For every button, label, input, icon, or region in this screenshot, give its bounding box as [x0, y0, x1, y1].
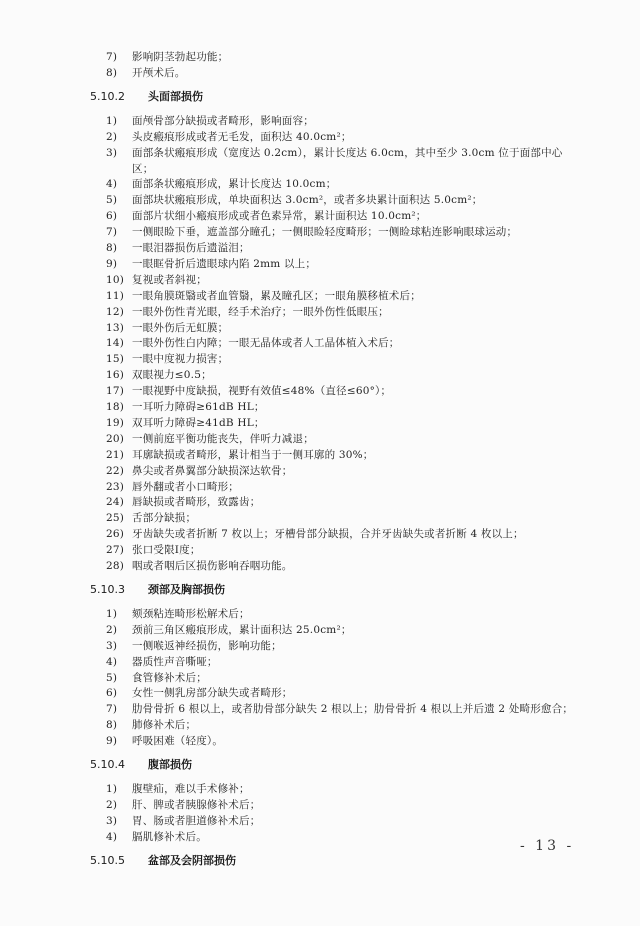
list-item: 28)咽或者咽后区损伤影响吞咽功能。 — [106, 559, 293, 573]
section-heading: 5.10.3颈部及胸部损伤 — [90, 583, 225, 597]
list-item-number: 28) — [106, 559, 132, 573]
list-item: 9)呼吸困难（轻度）。 — [106, 734, 223, 748]
list-item-text: 颈前三角区瘢痕形成，累计面积达 25.0cm²； — [132, 624, 352, 636]
list-item-text: 耳廓缺损或者畸形，累计相当于一侧耳廓的 30%； — [132, 449, 373, 461]
list-item-number: 4) — [106, 655, 132, 669]
list-item-text: 一眼外伤性白内障；一眼无晶体或者人工晶体植入术后； — [132, 337, 400, 349]
list-item-number: 20) — [106, 432, 132, 446]
section-heading: 5.10.4腹部损伤 — [90, 758, 192, 772]
list-item-text: 一眼泪器损伤后遗溢泪； — [132, 242, 250, 254]
list-item-text: 一侧前庭平衡功能丧失，伴听力减退； — [132, 433, 314, 445]
list-item-number: 9) — [106, 257, 132, 271]
list-item: 7)肋骨骨折 6 根以上，或者肋骨部分缺失 2 根以上；肋骨骨折 4 根以上并后… — [106, 702, 573, 716]
list-item-number: 3) — [106, 639, 132, 653]
list-item-number: 3) — [106, 814, 132, 828]
list-item-number: 6) — [106, 209, 132, 223]
list-item-text: 面部块状瘢痕形成，单块面积达 3.0cm²，或者多块累计面积达 5.0cm²； — [132, 194, 482, 206]
section-number: 5.10.5 — [90, 854, 148, 868]
page-number: - 13 - — [520, 838, 574, 854]
list-item: 1)面颅骨部分缺损或者畸形，影响面容； — [106, 114, 314, 128]
list-item: 26)牙齿缺失或者折断 7 枚以上；牙槽骨部分缺损，合并牙齿缺失或者折断 4 枚… — [106, 527, 524, 541]
list-item: 2)肝、脾或者胰腺修补术后； — [106, 798, 260, 812]
list-item-number: 3) — [106, 146, 132, 160]
list-item: 2)头皮瘢痕形成或者无毛发，面积达 40.0cm²； — [106, 130, 352, 144]
list-item-number: 8) — [106, 66, 132, 80]
list-item: 7)影响阴茎勃起功能； — [106, 50, 228, 64]
list-item-text: 女性一侧乳房部分缺失或者畸形； — [132, 687, 293, 699]
list-item-text: 牙齿缺失或者折断 7 枚以上；牙槽骨部分缺损，合并牙齿缺失或者折断 4 枚以上； — [132, 528, 524, 540]
list-item-number: 4) — [106, 830, 132, 844]
list-item-text: 一眼眶骨折后遗眼球内陷 2mm 以上； — [132, 258, 316, 270]
list-item-text: 膈肌修补术后。 — [132, 831, 207, 843]
list-item-number: 19) — [106, 416, 132, 430]
list-item: 18)一耳听力障碍≥61dB HL； — [106, 400, 265, 414]
section-number: 5.10.4 — [90, 758, 148, 772]
list-item: 8)一眼泪器损伤后遗溢泪； — [106, 241, 250, 255]
list-item: 6)面部片状细小瘢痕形成或者色素异常，累计面积达 10.0cm²； — [106, 209, 426, 223]
list-item-number: 11) — [106, 289, 132, 303]
list-item-number: 14) — [106, 336, 132, 350]
list-item-text: 面颅骨部分缺损或者畸形，影响面容； — [132, 115, 314, 127]
list-item-number: 5) — [106, 193, 132, 207]
list-item-text: 双眼视力≤0.5； — [132, 369, 212, 381]
list-item: 23)唇外翻或者小口畸形； — [106, 480, 239, 494]
list-item-text: 肋骨骨折 6 根以上，或者肋骨部分缺失 2 根以上；肋骨骨折 4 根以上并后遗 … — [132, 703, 573, 715]
list-item: 20)一侧前庭平衡功能丧失，伴听力减退； — [106, 432, 314, 446]
list-item-text: 面部片状细小瘢痕形成或者色素异常，累计面积达 10.0cm²； — [132, 210, 426, 222]
list-item-number: 9) — [106, 734, 132, 748]
list-item-number: 12) — [106, 305, 132, 319]
list-item: 1)腹壁疝，难以手术修补； — [106, 782, 250, 796]
list-item-text: 双耳听力障碍≥41dB HL； — [132, 417, 265, 429]
list-item-number: 2) — [106, 798, 132, 812]
list-item: 10)复视或者斜视； — [106, 273, 207, 287]
section-heading: 5.10.2头面部损伤 — [90, 90, 203, 104]
list-item: 16)双眼视力≤0.5； — [106, 368, 212, 382]
list-item: 14)一眼外伤性白内障；一眼无晶体或者人工晶体植入术后； — [106, 336, 400, 350]
list-item: 1)颏颈粘连畸形松解术后； — [106, 607, 250, 621]
list-item-number: 7) — [106, 702, 132, 716]
list-item-number: 17) — [106, 384, 132, 398]
list-item: 24)唇缺损或者畸形，致露齿； — [106, 495, 260, 509]
list-item: 2)颈前三角区瘢痕形成，累计面积达 25.0cm²； — [106, 623, 352, 637]
list-item: 4)器质性声音嘶哑； — [106, 655, 218, 669]
list-item-number: 15) — [106, 352, 132, 366]
list-item: 12)一眼外伤性青光眼，经手术治疗；一眼外伤性低眼压； — [106, 305, 389, 319]
section-heading: 5.10.5盆部及会阴部损伤 — [90, 854, 236, 868]
list-item-text: 肝、脾或者胰腺修补术后； — [132, 799, 260, 811]
list-item-text: 复视或者斜视； — [132, 274, 207, 286]
list-item-number: 7) — [106, 225, 132, 239]
list-item-number: 4) — [106, 177, 132, 191]
list-item-text: 面部条状瘢痕形成，累计长度达 10.0cm； — [132, 178, 336, 190]
list-item-number: 2) — [106, 130, 132, 144]
list-item: 13)一眼外伤后无虹膜； — [106, 321, 228, 335]
list-item-text: 鼻尖或者鼻翼部分缺损深达软骨； — [132, 465, 293, 477]
list-item-text: 一侧喉返神经损伤，影响功能； — [132, 640, 282, 652]
list-item-text: 一耳听力障碍≥61dB HL； — [132, 401, 265, 413]
list-item-number: 5) — [106, 671, 132, 685]
list-item-number: 2) — [106, 623, 132, 637]
list-item-number: 21) — [106, 448, 132, 462]
list-item-text: 胃、肠或者胆道修补术后； — [132, 815, 260, 827]
list-item-number: 25) — [106, 511, 132, 525]
list-item-number: 23) — [106, 480, 132, 494]
list-item-text: 影响阴茎勃起功能； — [132, 51, 228, 63]
list-item-text: 肺修补术后； — [132, 719, 196, 731]
list-item-number: 22) — [106, 464, 132, 478]
list-item-text: 开颅术后。 — [132, 67, 186, 79]
list-item-text: 咽或者咽后区损伤影响吞咽功能。 — [132, 560, 293, 572]
list-item-text: 一侧眼睑下垂，遮盖部分瞳孔；一侧眼睑轻度畸形；一侧睑球粘连影响眼球运动； — [132, 226, 517, 238]
list-item-text: 一眼视野中度缺损，视野有效值≤48%（直径≤60°）； — [132, 385, 391, 397]
list-item: 21)耳廓缺损或者畸形，累计相当于一侧耳廓的 30%； — [106, 448, 373, 462]
section-title: 盆部及会阴部损伤 — [148, 854, 236, 867]
list-item: 4)膈肌修补术后。 — [106, 830, 207, 844]
list-item: 17)一眼视野中度缺损，视野有效值≤48%（直径≤60°）； — [106, 384, 391, 398]
section-number: 5.10.2 — [90, 90, 148, 104]
list-item-number: 13) — [106, 321, 132, 335]
list-item-number: 18) — [106, 400, 132, 414]
list-item-number: 27) — [106, 543, 132, 557]
list-item-number: 1) — [106, 782, 132, 796]
list-item: 11)一眼角膜斑翳或者血管翳，累及瞳孔区；一眼角膜移植术后； — [106, 289, 421, 303]
list-item-number: 26) — [106, 527, 132, 541]
list-item: 19)双耳听力障碍≥41dB HL； — [106, 416, 265, 430]
list-item: 4)面部条状瘢痕形成，累计长度达 10.0cm； — [106, 177, 336, 191]
list-item-number: 16) — [106, 368, 132, 382]
section-title: 颈部及胸部损伤 — [148, 583, 225, 596]
list-item-continuation: 区； — [132, 162, 153, 176]
list-item: 3)面部条状瘢痕形成（宽度达 0.2cm），累计长度达 6.0cm，其中至少 3… — [106, 146, 563, 160]
list-item: 15)一眼中度视力损害； — [106, 352, 228, 366]
list-item: 6)女性一侧乳房部分缺失或者畸形； — [106, 686, 293, 700]
section-title: 腹部损伤 — [148, 758, 192, 771]
document-page: 7)影响阴茎勃起功能；8)开颅术后。5.10.2头面部损伤1)面颅骨部分缺损或者… — [0, 0, 640, 926]
list-item-text: 腹壁疝，难以手术修补； — [132, 783, 250, 795]
list-item-number: 10) — [106, 273, 132, 287]
list-item-text: 呼吸困难（轻度）。 — [132, 735, 223, 747]
list-item: 3)胃、肠或者胆道修补术后； — [106, 814, 260, 828]
list-item-number: 24) — [106, 495, 132, 509]
list-item: 3)一侧喉返神经损伤，影响功能； — [106, 639, 282, 653]
list-item-text: 头皮瘢痕形成或者无毛发，面积达 40.0cm²； — [132, 131, 352, 143]
list-item: 8)开颅术后。 — [106, 66, 186, 80]
section-title: 头面部损伤 — [148, 90, 203, 103]
list-item-text: 唇外翻或者小口畸形； — [132, 481, 239, 493]
list-item-text: 器质性声音嘶哑； — [132, 656, 218, 668]
list-item-text: 颏颈粘连畸形松解术后； — [132, 608, 250, 620]
list-item-number: 1) — [106, 607, 132, 621]
list-item-number: 1) — [106, 114, 132, 128]
list-item-text: 面部条状瘢痕形成（宽度达 0.2cm），累计长度达 6.0cm，其中至少 3.0… — [132, 147, 563, 159]
list-item: 5)食管修补术后； — [106, 671, 207, 685]
list-item-text: 张口受限Ⅰ度； — [132, 544, 201, 556]
list-item-text: 食管修补术后； — [132, 672, 207, 684]
list-item-number: 8) — [106, 241, 132, 255]
list-item: 9)一眼眶骨折后遗眼球内陷 2mm 以上； — [106, 257, 316, 271]
list-item-text: 一眼外伤性青光眼，经手术治疗；一眼外伤性低眼压； — [132, 306, 389, 318]
list-item: 27)张口受限Ⅰ度； — [106, 543, 201, 557]
list-item: 25)舌部分缺损； — [106, 511, 196, 525]
list-item-number: 7) — [106, 50, 132, 64]
list-item-number: 8) — [106, 718, 132, 732]
list-item: 22)鼻尖或者鼻翼部分缺损深达软骨； — [106, 464, 293, 478]
list-item-text: 一眼角膜斑翳或者血管翳，累及瞳孔区；一眼角膜移植术后； — [132, 290, 421, 302]
list-item-text: 一眼中度视力损害； — [132, 353, 228, 365]
list-item: 5)面部块状瘢痕形成，单块面积达 3.0cm²，或者多块累计面积达 5.0cm²… — [106, 193, 482, 207]
list-item-number: 6) — [106, 686, 132, 700]
list-item-text: 一眼外伤后无虹膜； — [132, 322, 228, 334]
list-item: 8)肺修补术后； — [106, 718, 196, 732]
list-item-text: 舌部分缺损； — [132, 512, 196, 524]
list-item-text: 唇缺损或者畸形，致露齿； — [132, 496, 260, 508]
section-number: 5.10.3 — [90, 583, 148, 597]
list-item: 7)一侧眼睑下垂，遮盖部分瞳孔；一侧眼睑轻度畸形；一侧睑球粘连影响眼球运动； — [106, 225, 517, 239]
